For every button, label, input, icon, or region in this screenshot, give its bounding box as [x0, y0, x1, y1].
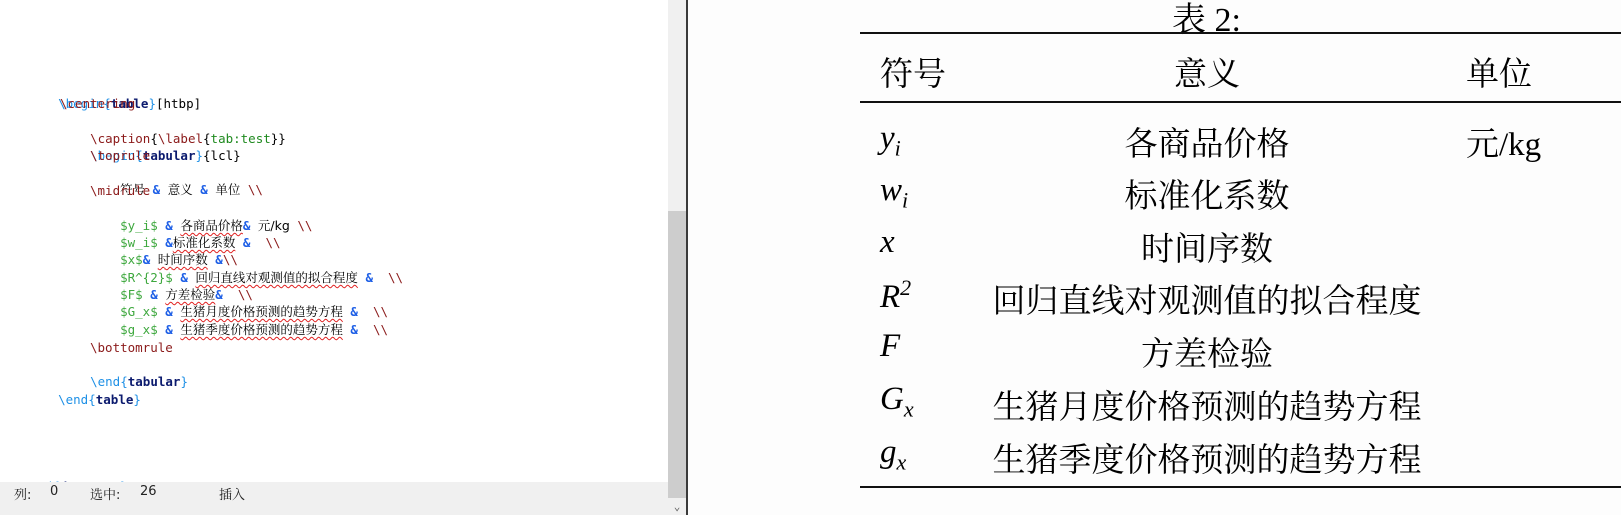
selection-label: 选中: [90, 484, 120, 503]
code-line: \begin{tabular}{lcl} [60, 130, 241, 147]
newline: \\ [248, 182, 263, 197]
code-line: \bottomrule [90, 339, 173, 356]
chevron-down-icon: ⌄ [674, 500, 681, 513]
ampersand: & [350, 322, 358, 337]
top-rule [860, 32, 1621, 34]
row-symbol: F [880, 328, 900, 365]
row-symbol: Gx [880, 381, 914, 423]
header-meaning: 意义 [988, 48, 1426, 95]
code-line: $w_i$ &标准化系数 & \\ [90, 217, 281, 234]
environment-name: table [96, 392, 134, 407]
newline: \\ [373, 322, 388, 337]
code-line: $x$& 时间序数 &\\ [90, 234, 238, 251]
code-line: \midrule [90, 182, 150, 199]
bottom-rule [860, 486, 1621, 488]
row-unit: 元/kg [1466, 118, 1541, 165]
code-editor[interactable]: \begin{table}[htbp] \centering \caption{… [0, 0, 668, 482]
code-line: \end{document} [0, 461, 128, 478]
table-caption: 表 2: [1172, 0, 1241, 41]
code-line: \begin{table}[htbp] [28, 78, 201, 95]
code-line: $G_x$ & 生猪月度价格预测的趋势方程 & \\ [90, 286, 388, 303]
ampersand: & [243, 235, 251, 250]
row-meaning: 时间序数 [988, 223, 1426, 270]
latex-command: \end [58, 392, 88, 407]
row-meaning: 生猪季度价格预测的趋势方程 [988, 434, 1426, 481]
header-unit: 单位 [1466, 48, 1532, 95]
code-line: $F$ & 方差检验& \\ [90, 269, 253, 286]
option: {lcl} [203, 148, 241, 163]
cell-text: 意义 [168, 182, 193, 197]
code-line: $g_x$ & 生猪季度价格预测的趋势方程 & \\ [90, 304, 388, 321]
selection-value: 26 [140, 484, 157, 499]
row-meaning: 标准化系数 [988, 170, 1426, 217]
insert-mode: 插入 [219, 484, 245, 503]
row-symbol: R2 [880, 275, 911, 316]
scrollbar-thumb[interactable] [668, 211, 686, 498]
ampersand: & [153, 182, 161, 197]
column-value: 0 [50, 484, 58, 499]
code-line: \end{tabular} [60, 356, 188, 373]
environment-name: tabular [143, 148, 196, 163]
scroll-down-button[interactable]: ⌄ [668, 498, 686, 515]
cell-text: 生猪季度价格预测的趋势方程 [180, 322, 343, 337]
math-symbol: $g_x$ [120, 322, 158, 337]
newline: \\ [388, 270, 403, 285]
row-meaning: 各商品价格 [988, 118, 1426, 165]
code-line: $y_i$ & 各商品价格& 元/kg \\ [90, 200, 312, 217]
newline: \\ [265, 235, 280, 250]
cell-text: 单位 [215, 182, 240, 197]
row-symbol: gx [880, 434, 906, 476]
row-meaning: 回归直线对观测值的拟合程度 [988, 275, 1426, 322]
code-line: \centering [60, 95, 135, 112]
code-line: 符号 & 意义 & 单位 \\ [90, 164, 263, 181]
mid-rule [860, 101, 1621, 103]
ampersand: & [200, 182, 208, 197]
code-line: \toprule [90, 147, 150, 164]
header-symbol: 符号 [880, 48, 946, 95]
row-meaning: 生猪月度价格预测的趋势方程 [988, 381, 1426, 428]
vertical-scrollbar[interactable] [668, 0, 686, 498]
row-symbol: yi [880, 120, 901, 162]
row-symbol: x [880, 224, 895, 261]
code-line: \end{table} [28, 374, 141, 391]
code-line: $R^{2}$ & 回归直线对观测值的拟合程度 & \\ [90, 252, 403, 269]
row-meaning: 方差检验 [988, 328, 1426, 375]
ampersand: & [365, 270, 373, 285]
ampersand: & [165, 322, 173, 337]
row-symbol: wi [880, 172, 908, 214]
status-bar: 列: 0 选中: 26 插入 [0, 482, 668, 515]
code-line: \caption{\label{tab:test}} [60, 113, 286, 130]
option: [htbp] [156, 96, 201, 111]
column-label: 列: [14, 484, 31, 503]
newline: \\ [297, 218, 312, 233]
